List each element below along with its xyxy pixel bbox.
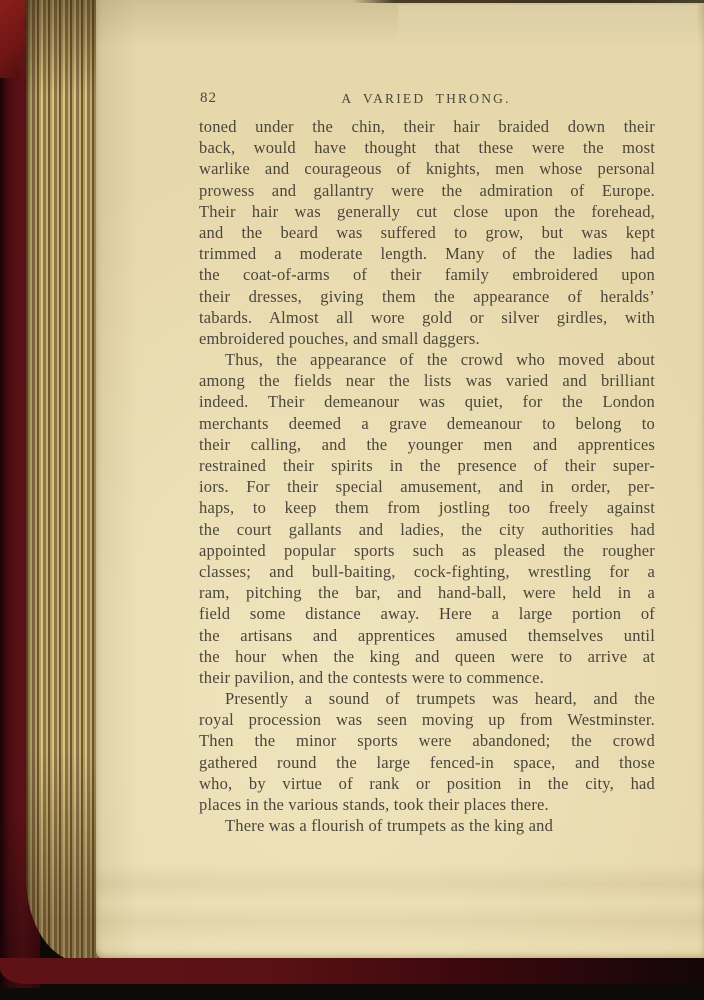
page-header: 82 A VARIED THRONG.	[200, 90, 652, 108]
text-line: their calling, and the younger men and a…	[199, 434, 655, 455]
text-line: the coat-of-arms of their family embroid…	[199, 264, 655, 285]
text-line: tabards. Almost all wore gold or silver …	[199, 307, 655, 328]
text-line: the artisans and apprentices amused them…	[199, 625, 655, 646]
text-line: Their hair was generally cut close upon …	[199, 201, 655, 222]
text-line: the hour when the king and queen were to…	[199, 646, 655, 667]
text-line: embroidered pouches, and small daggers.	[199, 328, 655, 349]
page-top-sheen	[398, 5, 698, 47]
text-line: who, by virtue of rank or position in th…	[199, 773, 655, 794]
text-line: There was a flourish of trumpets as the …	[199, 815, 655, 836]
text-line: warlike and courageous of knights, men w…	[199, 158, 655, 179]
page-top-shadow-line	[352, 0, 704, 3]
book-cover-bottom-band	[0, 958, 704, 984]
text-line: and the beard was suffered to grow, but …	[199, 222, 655, 243]
scanned-book-photo: 82 A VARIED THRONG. toned under the chin…	[0, 0, 704, 1000]
text-line: trimmed a moderate length. Many of the l…	[199, 243, 655, 264]
text-line: iors. For their special amusement, and i…	[199, 476, 655, 497]
text-line: royal procession was seen moving up from…	[199, 709, 655, 730]
text-line: their pavilion, and the contests were to…	[199, 667, 655, 688]
text-line: places in the various stands, took their…	[199, 794, 655, 815]
text-line: indeed. Their demeanour was quiet, for t…	[199, 391, 655, 412]
text-line: classes; and bull-baiting, cock-fighting…	[199, 561, 655, 582]
running-header: A VARIED THRONG.	[200, 91, 652, 107]
text-line: ram, pitching the bar, and hand-ball, we…	[199, 582, 655, 603]
text-line: their dresses, giving them the appearanc…	[199, 286, 655, 307]
text-line: back, would have thought that these were…	[199, 137, 655, 158]
text-line: Presently a sound of trumpets was heard,…	[199, 688, 655, 709]
text-line: appointed popular sports such as pleased…	[199, 540, 655, 561]
text-line: Then the minor sports were abandoned; th…	[199, 730, 655, 751]
text-block: toned under the chin, their hair braided…	[199, 116, 655, 836]
text-line: Thus, the appearance of the crowd who mo…	[199, 349, 655, 370]
text-line: prowess and gallantry were the admiratio…	[199, 180, 655, 201]
text-line: the court gallants and ladies, the city …	[199, 519, 655, 540]
text-line: merchants deemed a grave demeanour to be…	[199, 413, 655, 434]
text-line: field some distance away. Here a large p…	[199, 603, 655, 624]
text-line: haps, to keep them from jostling too fre…	[199, 497, 655, 518]
text-line: among the fields near the lists was vari…	[199, 370, 655, 391]
page-edges-stack	[26, 0, 100, 962]
text-line: toned under the chin, their hair braided…	[199, 116, 655, 137]
text-line: gathered round the large fenced-in space…	[199, 752, 655, 773]
text-line: restrained their spirits in the presence…	[199, 455, 655, 476]
